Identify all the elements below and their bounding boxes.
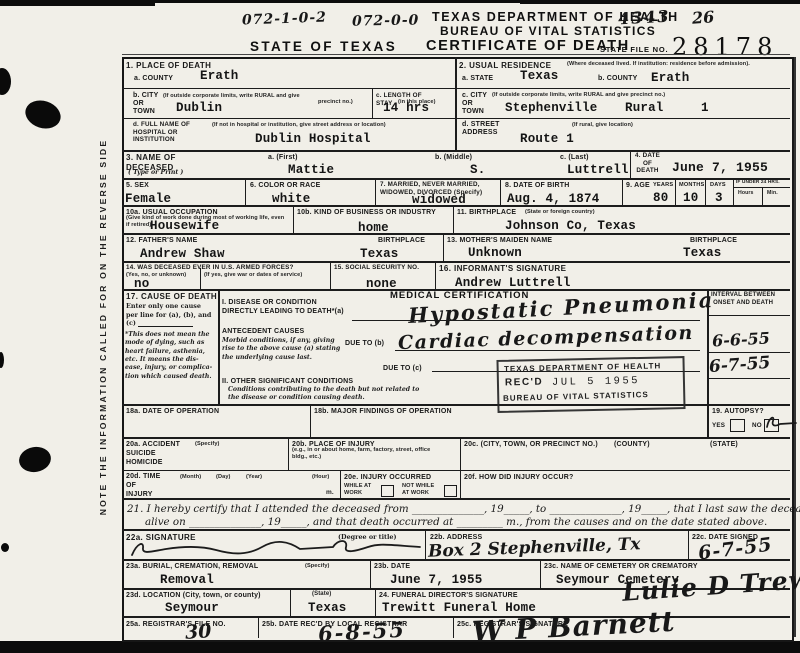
- autopsy-yes-label: YES: [712, 422, 725, 430]
- field2a-label: a. STATE: [462, 74, 493, 83]
- grid-line: [630, 150, 631, 178]
- county-of-death-value: Erath: [200, 69, 239, 83]
- grid-line: [122, 470, 790, 471]
- grid-line: [455, 57, 457, 150]
- middle-name-label: b. (Middle): [435, 153, 472, 162]
- field1d-note: (If not in hospital or institution, give…: [212, 122, 422, 129]
- grid-line: [122, 404, 790, 406]
- field14-label: 14. WAS DECEASED EVER IN U.S. ARMED FORC…: [126, 264, 331, 272]
- race-value: white: [272, 192, 311, 206]
- field1b-note2: precinct no.): [318, 99, 353, 106]
- field1a-label: a. COUNTY: [134, 74, 173, 83]
- field1d-label: d. FULL NAME OF HOSPITAL OR INSTITUTION: [133, 121, 190, 144]
- field20c-county-label: (COUNTY): [614, 440, 650, 449]
- armed-forces-value: no: [134, 277, 149, 291]
- field2d-label: d. STREET ADDRESS: [462, 121, 500, 138]
- field20d-day: (Day): [216, 474, 231, 481]
- age-min-label: Min.: [767, 190, 778, 197]
- hospital-name-value: Dublin Hospital: [255, 132, 371, 146]
- father-name-value: Andrew Shaw: [140, 247, 225, 261]
- grid-line: [122, 529, 790, 531]
- grid-line: [340, 470, 341, 498]
- first-name-value: Mattie: [288, 163, 334, 177]
- ink-blob: [0, 352, 4, 368]
- field2b-label: b. COUNTY: [598, 74, 638, 83]
- field1b-note: (If outside corporate limits, write RURA…: [163, 93, 300, 100]
- write-line-b: [395, 350, 700, 351]
- autopsy-no-label: NO: [752, 422, 762, 430]
- grid-line: [122, 261, 790, 263]
- field14-note2: (If yes, give war or dates of service): [204, 272, 329, 279]
- residence-state-value: Texas: [520, 69, 559, 83]
- sex-value: Female: [125, 192, 171, 206]
- form-border-top-outer: [122, 54, 790, 55]
- burial-state-value: Texas: [308, 601, 347, 615]
- field17-rule: [138, 326, 193, 327]
- grid-line: [707, 352, 790, 353]
- grid-line: [122, 498, 790, 500]
- other-significant-conditions-label: II. OTHER SIGNIFICANT CONDITIONS: [222, 377, 353, 386]
- grid-line: [500, 178, 501, 205]
- field11-note: (State or foreign country): [525, 209, 595, 216]
- grid-line: [688, 529, 689, 559]
- residence-precinct-value: 1: [701, 101, 709, 115]
- grid-line: [707, 378, 790, 379]
- grid-line: [733, 178, 734, 205]
- field23a-label: 23a. BURIAL, CREMATION, REMOVAL: [126, 562, 258, 571]
- field1b-label: b. CITY OR TOWN: [133, 92, 159, 116]
- field20d-hour: (Hour): [312, 474, 329, 481]
- field20d-label: 20d. TIME OF INJURY: [126, 473, 160, 499]
- field1-title: 1. PLACE OF DEATH: [126, 61, 211, 71]
- grid-line: [453, 616, 454, 638]
- field20b-note: (e.g., in or about home, farm, factory, …: [292, 447, 442, 462]
- stamp-rec-date: JUL 5 1955: [552, 375, 640, 389]
- street-address-value: Route 1: [520, 132, 574, 146]
- marital-status-value: widowed: [412, 193, 466, 207]
- ink-blob: [1, 543, 9, 552]
- autopsy-yes-checkbox: [730, 419, 745, 432]
- field20d-year: (Year): [246, 474, 262, 481]
- mother-birthplace-label: BIRTHPLACE: [690, 236, 737, 245]
- grid-line: [375, 178, 376, 205]
- grid-line: [293, 205, 294, 233]
- burial-removal-value: Removal: [160, 573, 214, 587]
- last-name-value: Luttrell: [567, 163, 629, 177]
- handwritten-number-1: 4343: [618, 7, 671, 29]
- field20e-label: 20e. INJURY OCCURRED: [344, 473, 431, 482]
- field3-type-print-note: ( Type or Print ): [128, 169, 183, 177]
- certify-statement-line2: alive on ______________, 19_____, and th…: [145, 516, 767, 528]
- field20a-label: 20a. ACCIDENT SUICIDE HOMICIDE: [126, 440, 180, 467]
- handwritten-code-left: 072-1-0-2: [242, 10, 327, 29]
- field12-label: 12. FATHER'S NAME: [126, 236, 197, 245]
- field15-label: 15. SOCIAL SECURITY NO.: [334, 264, 419, 272]
- field13-label: 13. MOTHER'S MAIDEN NAME: [447, 236, 552, 245]
- state-file-no-label: STATE FILE NO.: [600, 45, 668, 54]
- residence-rural-value: Rural: [625, 101, 664, 115]
- field11-label: 11. BIRTHPLACE: [457, 208, 516, 217]
- grid-line: [435, 261, 436, 289]
- other-conditions-note: Conditions contributing to the death but…: [228, 386, 423, 403]
- father-birthplace-value: Texas: [360, 247, 399, 261]
- burial-date-value: June 7, 1955: [390, 573, 482, 587]
- interval-c-value: 6-7-55: [708, 353, 771, 377]
- date-of-birth-value: Aug. 4, 1874: [507, 192, 599, 206]
- interval-header: INTERVAL BETWEEN ONSET AND DEATH: [711, 292, 775, 308]
- field20d-month: (Month): [180, 474, 201, 481]
- grid-line: [375, 588, 376, 616]
- field16-label: 16. INFORMANT'S SIGNATURE: [439, 264, 566, 274]
- due-to-c-label: DUE TO (c): [383, 364, 422, 373]
- grid-line: [245, 178, 246, 205]
- handwritten-code-left2: 072-0-0: [352, 12, 420, 29]
- grid-line: [310, 404, 311, 437]
- date-received-value: 6-8-55: [317, 617, 406, 647]
- middle-name-value: S.: [470, 163, 485, 177]
- grid-line: [218, 289, 220, 404]
- field20a-note: (Specify): [195, 441, 220, 448]
- age-months-label: MONTHS: [679, 182, 704, 189]
- mother-birthplace-value: Texas: [683, 246, 722, 260]
- field18b-label: 18b. MAJOR FINDINGS OF OPERATION: [314, 407, 452, 416]
- mother-name-value: Unknown: [468, 246, 522, 260]
- grid-line: [540, 559, 541, 588]
- scan-edge-top-left: [0, 0, 155, 6]
- certify-statement-line1: 21. I hereby certify that I attended the…: [127, 503, 800, 515]
- grid-line: [290, 588, 291, 616]
- field20c-state-label: (STATE): [710, 440, 738, 449]
- field18a-label: 18a. DATE OF OPERATION: [126, 407, 219, 416]
- burial-location-value: Seymour: [165, 601, 219, 615]
- age-years-label: YEARS: [653, 182, 673, 189]
- autopsy-no-mark: [763, 413, 797, 431]
- grid-line: [425, 529, 426, 559]
- field17-label: 17. CAUSE OF DEATH: [126, 292, 217, 302]
- field6-label: 6. COLOR OR RACE: [250, 181, 320, 190]
- field5-label: 5. SEX: [126, 181, 149, 190]
- grid-line: [288, 437, 289, 470]
- interval-b-value: 6-6-55: [712, 329, 771, 351]
- field8-label: 8. DATE OF BIRTH: [505, 181, 570, 190]
- father-birthplace-label: BIRTHPLACE: [378, 236, 425, 245]
- first-name-label: a. (First): [268, 153, 298, 162]
- scan-right-line: [794, 57, 796, 637]
- due-to-b-label: DUE TO (b): [345, 339, 384, 348]
- grid-line: [122, 616, 790, 618]
- residence-county-value: Erath: [651, 71, 690, 85]
- write-line-a: [352, 320, 700, 321]
- field23c-label: 23c. NAME OF CEMETERY OR CREMATORY: [544, 562, 698, 571]
- field23d-state-label: (State): [312, 591, 331, 599]
- field9-label: 9. AGE: [626, 181, 650, 190]
- grid-line: [370, 559, 371, 588]
- field2d-note: (If rural, give location): [572, 122, 633, 129]
- field20e-while-label: WHILE AT WORK: [344, 483, 371, 498]
- ink-blob: [17, 444, 53, 474]
- grid-line: [675, 178, 676, 205]
- grid-line: [122, 150, 790, 152]
- industry-value: home: [358, 221, 389, 235]
- birthplace-value: Johnson Co, Texas: [505, 219, 636, 233]
- grid-line: [622, 178, 623, 205]
- field2c-label: c. CITY OR TOWN: [462, 92, 487, 116]
- under-24-label: IF UNDER 24 HRS.: [736, 180, 780, 186]
- date-of-death-value: June 7, 1955: [672, 160, 768, 175]
- death-certificate-scan: NOTE THE INFORMATION CALLED FOR ON THE R…: [0, 0, 800, 653]
- field10b-label: 10b. KIND OF BUSINESS OR INDUSTRY: [297, 208, 447, 217]
- grid-line: [460, 437, 461, 498]
- grid-line: [122, 233, 790, 235]
- scan-edge-top-right: [520, 0, 800, 4]
- grid-line: [762, 187, 763, 205]
- grid-line: [705, 178, 706, 205]
- field23d-label: 23d. LOCATION (City, town, or county): [126, 591, 261, 600]
- length-of-stay-value: 14 hrs: [383, 101, 429, 115]
- grid-line: [372, 88, 373, 118]
- stamp-rec-label: REC'D: [505, 377, 543, 389]
- age-hours-label: Hours: [738, 190, 754, 197]
- field17-note: Enter only one cause per line for (a), (…: [126, 302, 214, 328]
- grid-line: [443, 233, 444, 261]
- field20c-label: 20c. (CITY, TOWN, OR PRECINCT NO.): [464, 440, 598, 449]
- age-years-value: 80: [653, 191, 668, 205]
- field2-title-note: (Where deceased lived. If institution: r…: [567, 61, 785, 68]
- while-at-work-checkbox: [381, 485, 394, 497]
- field2c-note: (If outside corporate limits, write RURA…: [492, 92, 665, 99]
- field20d-m: m.: [326, 489, 334, 497]
- grid-line: [122, 178, 790, 180]
- age-days-value: 3: [715, 191, 723, 205]
- field20e-notwhile-label: NOT WHILE AT WORK: [402, 483, 434, 498]
- last-name-label: c. (Last): [560, 153, 589, 162]
- field24-label: 24. FUNERAL DIRECTOR'S SIGNATURE: [379, 591, 518, 600]
- reverse-side-note: NOTE THE INFORMATION CALLED FOR ON THE R…: [98, 132, 112, 522]
- grid-line: [258, 616, 259, 638]
- ssn-value: none: [366, 277, 397, 291]
- field4-label: 4. DATE OF DEATH: [635, 152, 660, 175]
- informant-value: Andrew Luttrell: [455, 276, 571, 290]
- handwritten-number-2: 26: [691, 7, 715, 28]
- field17-footnote: *This does not mean the mode of dying, s…: [125, 331, 216, 381]
- ink-blob: [0, 68, 11, 95]
- registrar-file-no-value: 30: [184, 620, 212, 644]
- antecedent-note: Morbid conditions, if any, giving rise t…: [222, 337, 342, 362]
- field23b-label: 23b. DATE: [374, 562, 410, 571]
- scan-edge-bottom: [0, 641, 800, 653]
- city-of-death-value: Dublin: [176, 101, 222, 115]
- disease-condition-label: I. DISEASE OR CONDITION DIRECTLY LEADING…: [222, 298, 344, 316]
- physician-signature: [128, 536, 424, 562]
- age-days-label: DAYS: [710, 182, 726, 189]
- antecedent-causes-label: ANTECEDENT CAUSES: [222, 327, 304, 336]
- field20f-label: 20f. HOW DID INJURY OCCUR?: [464, 473, 573, 482]
- grid-line: [707, 315, 790, 316]
- occupation-value: Housewife: [150, 219, 219, 233]
- grid-line: [122, 437, 790, 439]
- grid-line: [453, 205, 454, 233]
- ink-blob: [22, 96, 65, 133]
- age-months-value: 10: [683, 191, 698, 205]
- residence-city-value: Stephenville: [505, 101, 597, 115]
- field19-label: 19. AUTOPSY?: [712, 407, 764, 416]
- field23a-note: (Specify): [305, 563, 330, 570]
- state-of-texas: STATE OF TEXAS: [250, 39, 397, 54]
- not-while-at-work-checkbox: [444, 485, 457, 497]
